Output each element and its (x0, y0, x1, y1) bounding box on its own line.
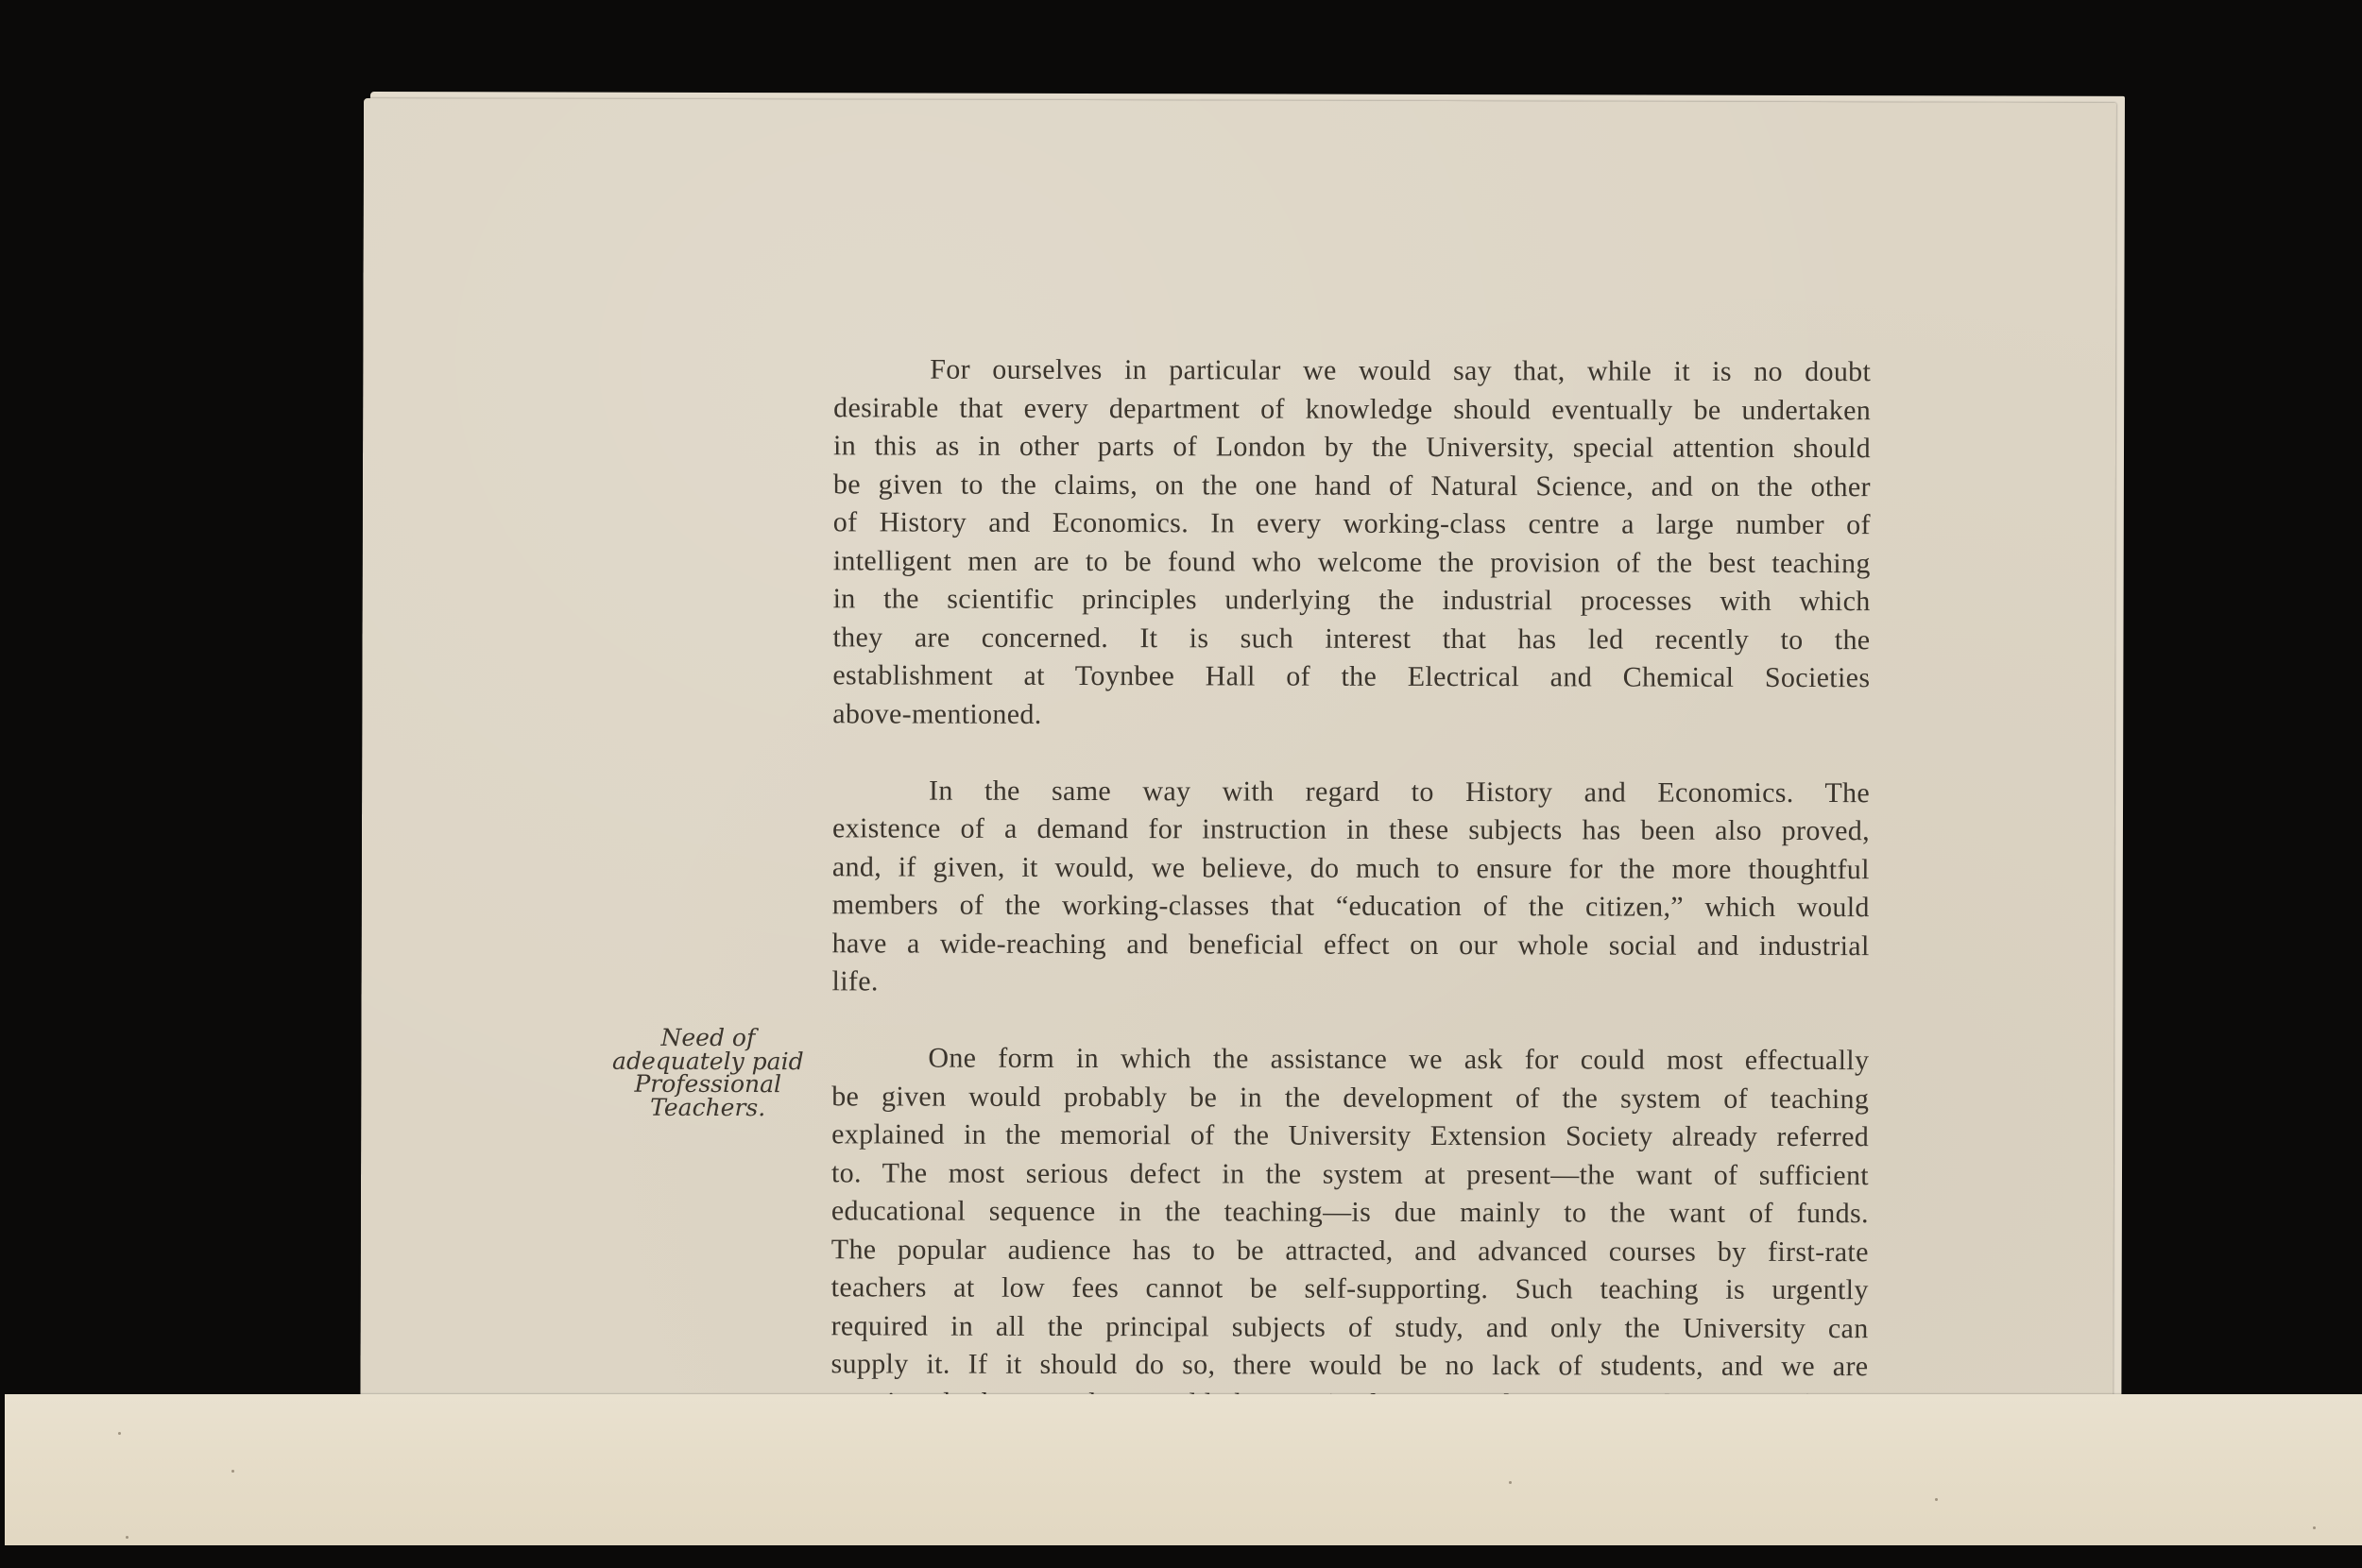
paragraph-natural-science: For ourselves in particular we would say… (832, 350, 1871, 736)
paper-speck (126, 1536, 128, 1539)
text-line: above-mentioned. (832, 695, 1870, 736)
text-line: establishment at Toynbee Hall of the Ele… (832, 656, 1870, 697)
text-line: desirable that every department of knowl… (833, 389, 1871, 430)
text-line: In the same way with regard to History a… (832, 772, 1870, 812)
paper-speck (2313, 1526, 2316, 1529)
text-line: One form in which the assistance we ask … (831, 1039, 1869, 1080)
text-line: The popular audience has to be attracted… (831, 1231, 1869, 1271)
text-line: supply it. If it should do so, there wou… (830, 1345, 1868, 1386)
text-line: teachers at low fees cannot be self-supp… (831, 1269, 1869, 1309)
text-line: intelligent men are to be found who welc… (833, 542, 1871, 583)
text-line: educational sequence in the teaching—is … (831, 1192, 1869, 1233)
margin-note-line: Teachers. (608, 1096, 807, 1119)
text-line: in this as in other parts of London by t… (833, 427, 1871, 468)
margin-note: Need of adequately paid Professional Tea… (608, 1027, 807, 1120)
paragraph-history-economics: In the same way with regard to History a… (831, 772, 1870, 1004)
text-line: life. (831, 963, 1869, 1003)
overlapping-paper-strip (5, 1394, 2362, 1545)
text-line: For ourselves in particular we would say… (833, 350, 1871, 391)
text-line: to. The most serious defect in the syste… (831, 1154, 1869, 1195)
paper-speck (118, 1432, 121, 1435)
text-line: they are concerned. It is such interest … (832, 619, 1870, 659)
paper-speck (1509, 1481, 1512, 1484)
text-line: be given would probably be in the develo… (831, 1078, 1869, 1118)
text-line: have a wide-reaching and beneficial effe… (832, 925, 1870, 965)
paragraph-professional-teachers: One form in which the assistance we ask … (830, 1039, 1869, 1424)
text-line: be given to the claims, on the one hand … (833, 466, 1871, 506)
text-line: of History and Economics. In every worki… (833, 503, 1871, 544)
text-line: members of the working-classes that “edu… (832, 886, 1870, 927)
document-page: Need of adequately paid Professional Tea… (360, 98, 2116, 1406)
text-line: explained in the memorial of the Univers… (831, 1116, 1869, 1156)
text-line: and, if given, it would, we believe, do … (832, 848, 1870, 889)
body-text: For ourselves in particular we would say… (830, 350, 1871, 1462)
text-line: required in all the principal subjects o… (831, 1307, 1869, 1348)
paper-speck (1935, 1498, 1938, 1501)
text-line: in the scientific principles underlying … (833, 580, 1871, 621)
paper-speck (231, 1470, 234, 1473)
text-line: existence of a demand for instruction in… (832, 810, 1870, 850)
